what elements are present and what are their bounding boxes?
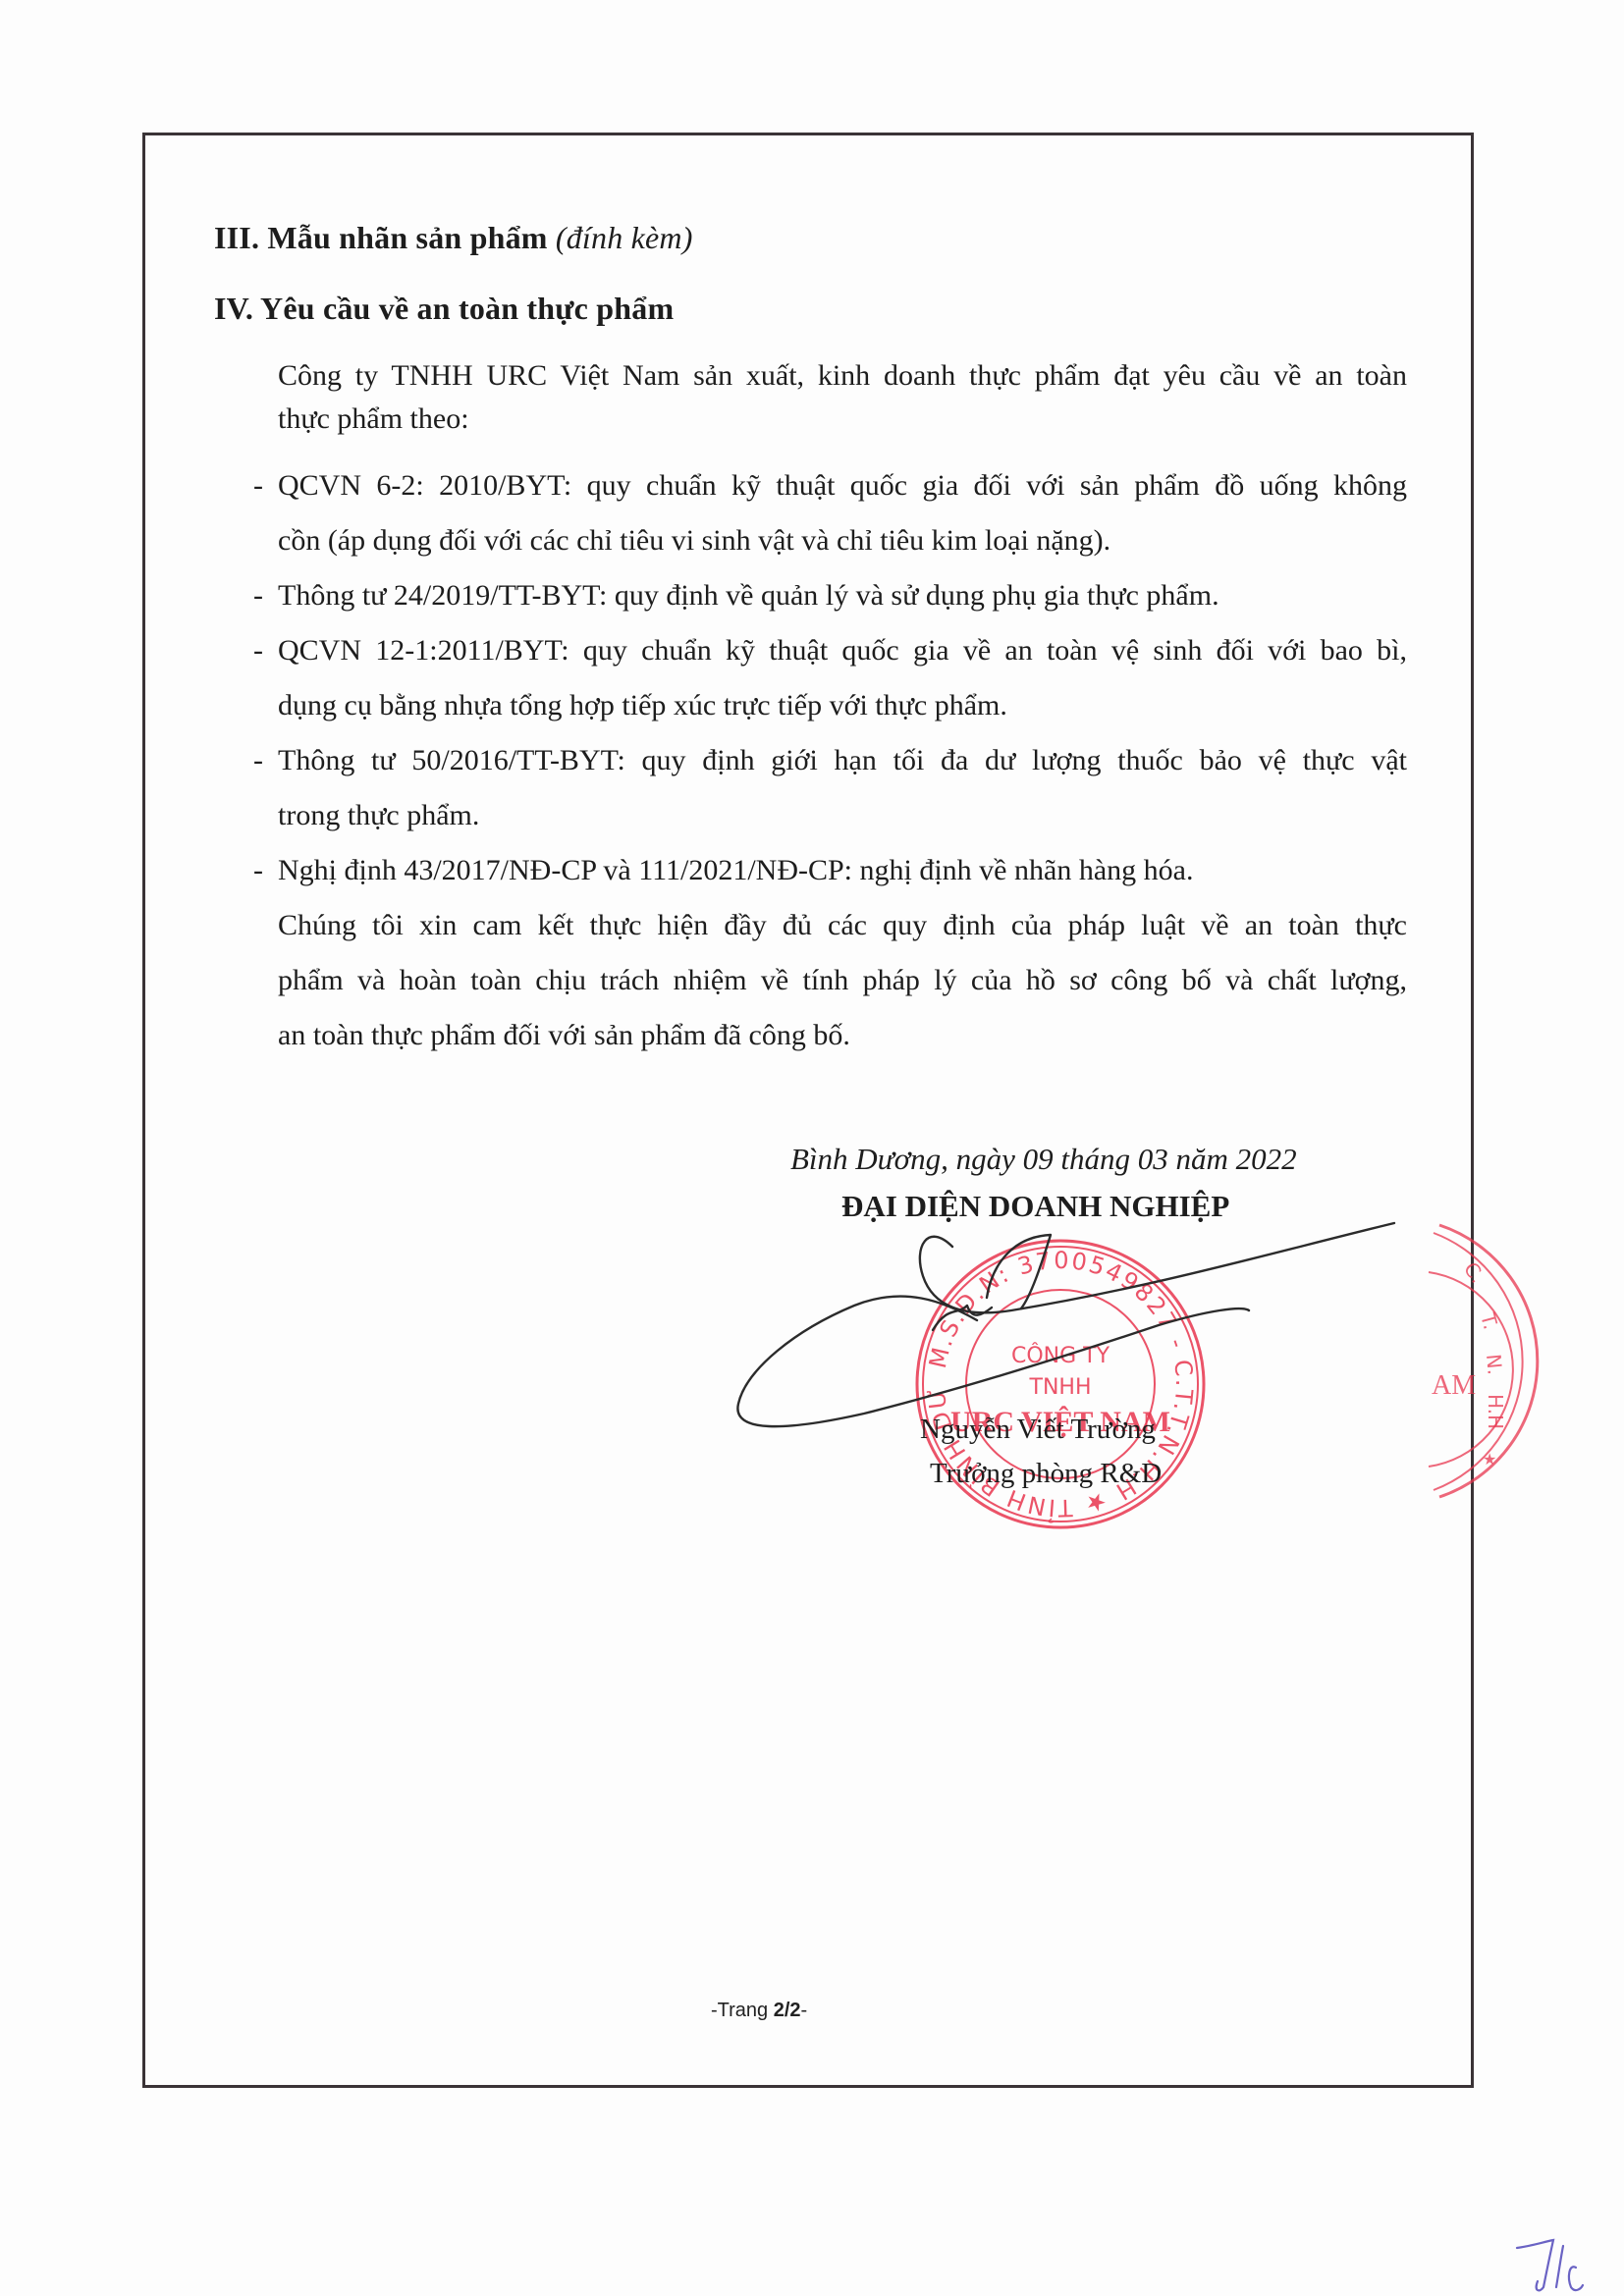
svg-text:H.H: H.H xyxy=(1484,1394,1507,1429)
svg-text:T.: T. xyxy=(1476,1309,1503,1332)
svg-text:★: ★ xyxy=(1483,1450,1496,1468)
regulation-5-line-1: Nghị định 43/2017/NĐ-CP và 111/2021/NĐ-C… xyxy=(278,854,1193,887)
list-bullet-dash: - xyxy=(253,469,263,503)
regulation-1-line-2: cồn (áp dụng đối với các chỉ tiêu vi sin… xyxy=(278,524,1110,558)
list-bullet-dash: - xyxy=(253,854,263,887)
reviewer-initials xyxy=(1517,2240,1583,2290)
page-number: 2/2 xyxy=(774,2000,801,2021)
regulation-2-line-1: Thông tư 24/2019/TT-BYT: quy định về quả… xyxy=(278,579,1219,613)
list-bullet-dash: - xyxy=(253,634,263,667)
section-iii-heading: III. Mẫu nhãn sản phẩm (đính kèm) xyxy=(214,220,693,256)
intro-line-1: Công ty TNHH URC Việt Nam sản xuất, kinh… xyxy=(278,359,1407,393)
regulation-3-line-1: QCVN 12-1:2011/BYT: quy chuẩn kỹ thuật q… xyxy=(278,634,1407,667)
place-and-date: Bình Dương, ngày 09 tháng 03 năm 2022 xyxy=(790,1142,1297,1177)
commitment-line-2: phẩm và hoàn toàn chịu trách nhiệm về tí… xyxy=(278,964,1407,997)
regulation-4-line-1: Thông tư 50/2016/TT-BYT: quy định giới h… xyxy=(278,744,1407,777)
commitment-line-1: Chúng tôi xin cam kết thực hiện đầy đủ c… xyxy=(278,909,1407,942)
representative-title: ĐẠI DIỆN DOANH NGHIỆP xyxy=(841,1189,1229,1224)
signer-name: Nguyễn Viết Trường xyxy=(920,1414,1156,1446)
section-iv-heading: IV. Yêu cầu về an toàn thực phẩm xyxy=(214,291,674,327)
commitment-line-3: an toàn thực phẩm đối với sản phẩm đã cô… xyxy=(278,1019,850,1052)
page-number-footer: -Trang 2/2- xyxy=(711,2000,807,2022)
regulation-3-line-2: dụng cụ bằng nhựa tổng hợp tiếp xúc trực… xyxy=(278,689,1007,722)
section-iii-label: III. Mẫu nhãn sản phẩm xyxy=(214,220,548,255)
list-bullet-dash: - xyxy=(253,579,263,613)
document-page: III. Mẫu nhãn sản phẩm (đính kèm) IV. Yê… xyxy=(0,0,1624,2296)
list-bullet-dash: - xyxy=(253,744,263,777)
regulation-4-line-2: trong thực phẩm. xyxy=(278,799,479,832)
footer-suffix: - xyxy=(801,2000,808,2021)
section-iii-note: (đính kèm) xyxy=(556,220,693,255)
footer-prefix: -Trang xyxy=(711,2000,774,2021)
intro-line-2: thực phẩm theo: xyxy=(278,402,469,436)
svg-text:N.: N. xyxy=(1482,1353,1507,1375)
signer-position: Trưởng phòng R&D xyxy=(930,1458,1162,1490)
regulation-1-line-1: QCVN 6-2: 2010/BYT: quy chuẩn kỹ thuật q… xyxy=(278,469,1407,503)
